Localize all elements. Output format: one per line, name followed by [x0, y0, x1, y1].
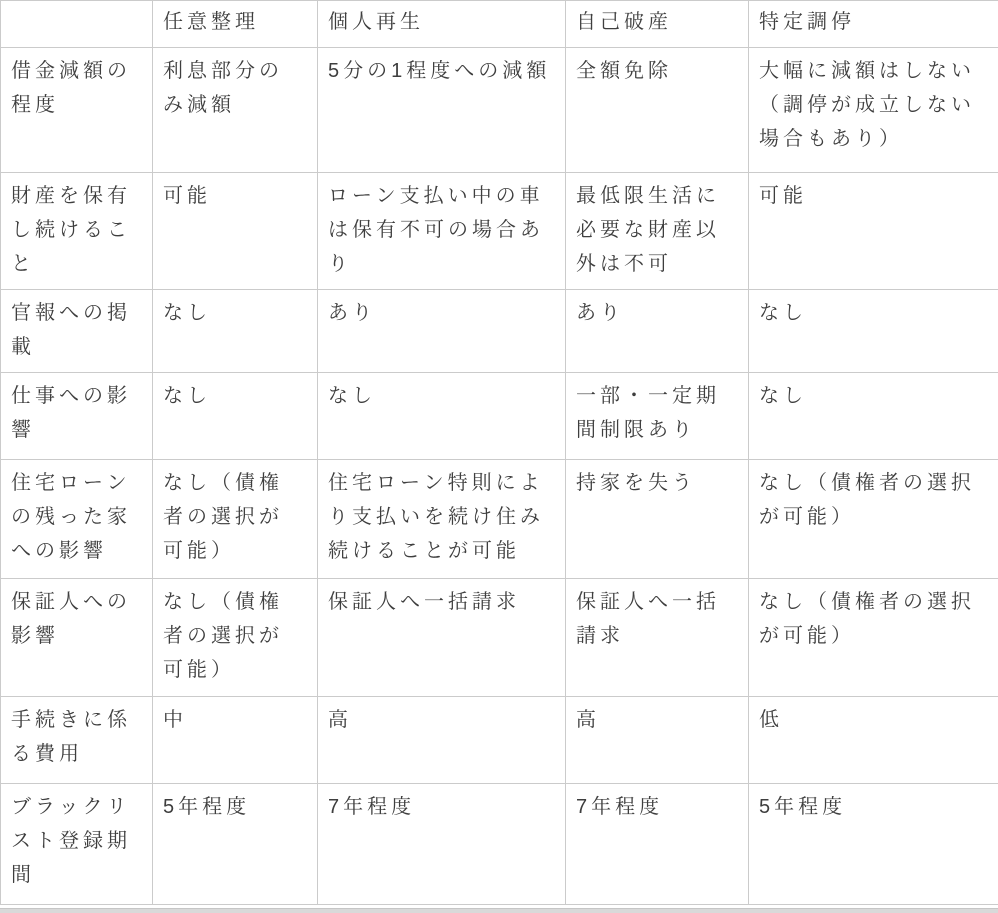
table-cell: ローン支払い中の車は保有不可の場合あり	[318, 173, 566, 290]
table-row: 仕事への影響なしなし一部・一定期間制限ありなし	[1, 373, 998, 460]
table-cell: 最低限生活に必要な財産以外は不可	[566, 173, 749, 290]
corner-header-cell	[1, 1, 153, 48]
table-cell: 5分の1程度への減額	[318, 48, 566, 173]
table-cell: 住宅ローン特則により支払いを続け住み続けることが可能	[318, 460, 566, 579]
table-cell: 保証人へ一括請求	[566, 579, 749, 697]
table-cell: 一部・一定期間制限あり	[566, 373, 749, 460]
partial-next-element-band	[0, 908, 998, 913]
table-cell: 全額免除	[566, 48, 749, 173]
row-header: ブラックリスト登録期間	[1, 784, 153, 905]
column-header: 任意整理	[153, 1, 318, 48]
row-header: 借金減額の程度	[1, 48, 153, 173]
row-header: 手続きに係る費用	[1, 697, 153, 784]
column-header: 個人再生	[318, 1, 566, 48]
table-row: 住宅ローンの残った家への影響なし（債権者の選択が可能）住宅ローン特則により支払い…	[1, 460, 998, 579]
table-row: 手続きに係る費用中高高低	[1, 697, 998, 784]
table-cell: なし（債権者の選択が可能）	[749, 460, 998, 579]
table-cell: 5年程度	[153, 784, 318, 905]
table-cell: 7年程度	[566, 784, 749, 905]
table-cell: なし	[749, 290, 998, 373]
table-cell: あり	[318, 290, 566, 373]
table-cell: 高	[318, 697, 566, 784]
table-cell: 可能	[749, 173, 998, 290]
row-header: 保証人への影響	[1, 579, 153, 697]
table-cell: 低	[749, 697, 998, 784]
header-row: 任意整理個人再生自己破産特定調停	[1, 1, 998, 48]
row-header: 住宅ローンの残った家への影響	[1, 460, 153, 579]
row-header: 官報への掲載	[1, 290, 153, 373]
column-header: 自己破産	[566, 1, 749, 48]
table-cell: 利息部分のみ減額	[153, 48, 318, 173]
table-cell: あり	[566, 290, 749, 373]
table-row: 財産を保有し続けること可能ローン支払い中の車は保有不可の場合あり最低限生活に必要…	[1, 173, 998, 290]
row-header: 仕事への影響	[1, 373, 153, 460]
table-cell: なし（債権者の選択が可能）	[153, 579, 318, 697]
table-cell: 保証人へ一括請求	[318, 579, 566, 697]
table-cell: なし（債権者の選択が可能）	[153, 460, 318, 579]
table-body: 借金減額の程度利息部分のみ減額5分の1程度への減額全額免除大幅に減額はしない（調…	[1, 48, 998, 905]
table-row: ブラックリスト登録期間5年程度7年程度7年程度5年程度	[1, 784, 998, 905]
table-cell: 持家を失う	[566, 460, 749, 579]
table-cell: なし	[749, 373, 998, 460]
table-cell: 高	[566, 697, 749, 784]
table-row: 官報への掲載なしありありなし	[1, 290, 998, 373]
row-header: 財産を保有し続けること	[1, 173, 153, 290]
table-cell: 大幅に減額はしない（調停が成立しない場合もあり）	[749, 48, 998, 173]
table-row: 保証人への影響なし（債権者の選択が可能）保証人へ一括請求保証人へ一括請求なし（債…	[1, 579, 998, 697]
table-cell: 7年程度	[318, 784, 566, 905]
debt-comparison-table: 任意整理個人再生自己破産特定調停 借金減額の程度利息部分のみ減額5分の1程度への…	[0, 0, 998, 905]
table-cell: なし	[153, 373, 318, 460]
table-row: 借金減額の程度利息部分のみ減額5分の1程度への減額全額免除大幅に減額はしない（調…	[1, 48, 998, 173]
column-header: 特定調停	[749, 1, 998, 48]
table-cell: なし	[318, 373, 566, 460]
table-cell: 5年程度	[749, 784, 998, 905]
table-cell: なし（債権者の選択が可能）	[749, 579, 998, 697]
table-cell: なし	[153, 290, 318, 373]
table-cell: 中	[153, 697, 318, 784]
table-cell: 可能	[153, 173, 318, 290]
